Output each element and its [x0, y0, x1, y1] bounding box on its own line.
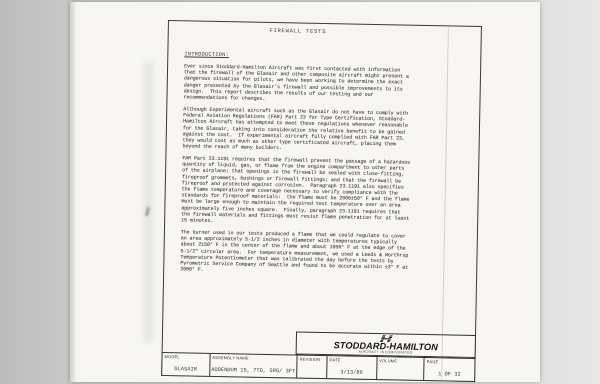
field-volume-value	[377, 376, 424, 377]
field-volume-label: VOLUME	[379, 358, 397, 363]
field-revision: REVISION	[296, 356, 326, 379]
company-subtitle: AIRCRAFT INCORPORATED	[358, 350, 412, 355]
field-assembly-name: ASSEMBLY NAME ADDENDUM 15, 7TD, SRG/ 3FT	[209, 354, 297, 378]
field-page-value: 1 OF 32	[425, 371, 475, 378]
page-content: STODDARD-HAMILTON AIRCRAFT INCORPORATED …	[63, 0, 540, 384]
field-assembly-name-label: ASSEMBLY NAME	[212, 355, 249, 361]
introduction-heading: INTRODUCTION:	[184, 51, 229, 58]
field-page-label: PAGE	[427, 359, 439, 364]
scanned-document-view: { "document": { "title": "FIREWALL TESTS…	[0, 0, 600, 384]
field-model-label: MODEL	[164, 354, 179, 359]
field-volume: VOLUME	[376, 357, 424, 380]
field-revision-value	[297, 375, 326, 376]
field-page: PAGE 1 OF 32	[423, 358, 474, 381]
paragraph-2: Although Experimental aircraft such as t…	[183, 106, 426, 154]
field-model-value: GLASAIR	[162, 366, 209, 373]
paragraph-1: Ever since Stoddard-Hamilton Aircraft wa…	[183, 63, 426, 105]
stoddard-hamilton-logo-box: STODDARD-HAMILTON AIRCRAFT INCORPORATED	[296, 332, 476, 358]
field-date-label: DATE	[329, 357, 340, 362]
paragraph-3: FAR Part 23.1191 requires that the firew…	[181, 155, 424, 228]
paragraph-4: The burner used in our tests produced a …	[180, 229, 423, 277]
field-date-value: 3/13/86	[327, 369, 376, 376]
field-model: MODEL GLASAIR	[162, 353, 209, 376]
page-sheet: STODDARD-HAMILTON AIRCRAFT INCORPORATED …	[70, 2, 540, 382]
title-block-fields-row: MODEL GLASAIR ASSEMBLY NAME ADDENDUM 15,…	[161, 352, 475, 382]
field-assembly-name-value: ADDENDUM 15, 7TD, SRG/ 3FT	[210, 367, 297, 375]
field-revision-label: REVISION	[300, 357, 321, 362]
field-date: DATE 3/13/86	[326, 356, 376, 379]
